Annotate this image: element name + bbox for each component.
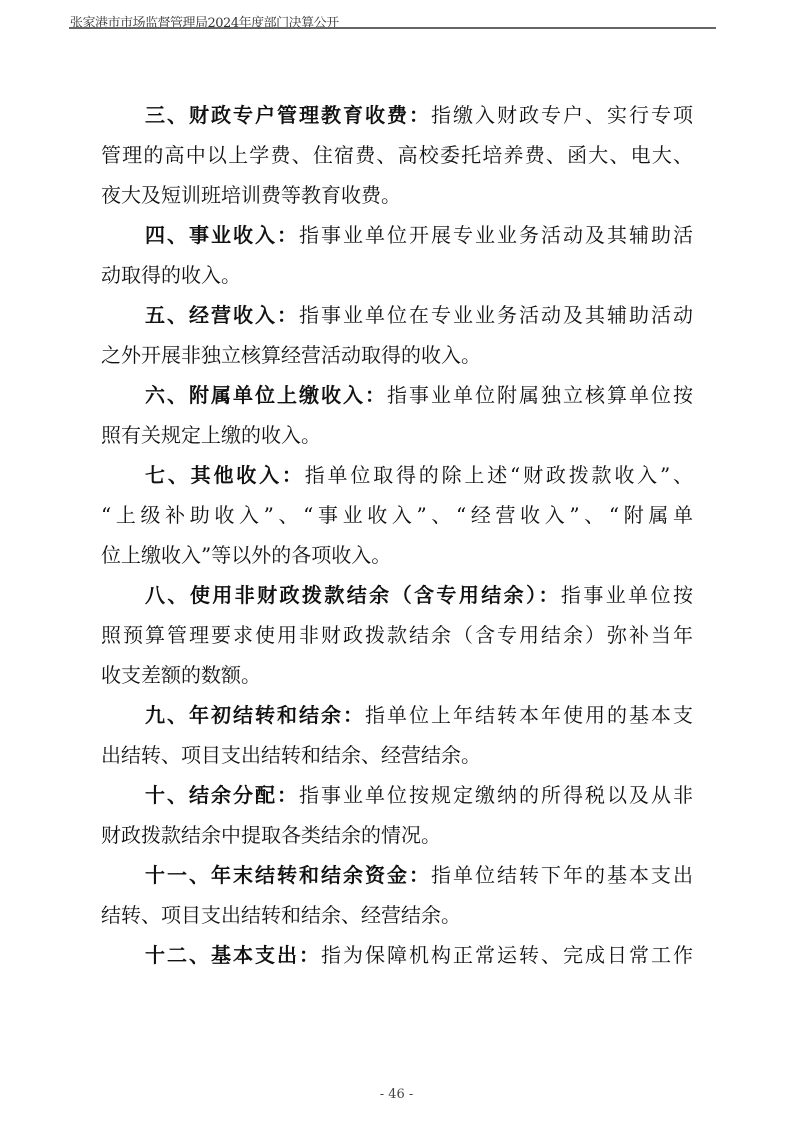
paragraph-10-line-2: 财政拨款结余中提取各类结余的情况。 (101, 821, 693, 861)
paragraph-9-line-1: 九、年初结转和结余：指单位上年结转本年使用的基本支 (101, 701, 693, 741)
paragraph-7-line-1: 七、其他收入：指单位取得的除上述“财政拨款收入”、 (101, 461, 693, 501)
paragraph-8-line-3: 收支差额的数额。 (101, 661, 693, 701)
paragraph-12-line-1: 十二、基本支出：指为保障机构正常运转、完成日常工作 (101, 941, 693, 981)
term-4: 四、事业收入： (145, 223, 299, 247)
paragraph-6-line-1: 六、附属单位上缴收入：指事业单位附属独立核算单位按 (101, 381, 693, 421)
paragraph-3-line-3: 夜大及短训班培训费等教育收费。 (101, 181, 693, 221)
term-12: 十二、基本支出： (145, 943, 321, 967)
page-number: - 46 - (0, 1087, 793, 1102)
paragraph-9-line-2: 出结转、项目支出结转和结余、经营结余。 (101, 741, 693, 781)
paragraph-4-line-1: 四、事业收入：指事业单位开展专业业务活动及其辅助活 (101, 221, 693, 261)
term-5: 五、经营收入： (145, 303, 299, 327)
header-divider (69, 27, 716, 29)
paragraph-6-line-2: 照有关规定上缴的收入。 (101, 421, 693, 461)
term-9: 九、年初结转和结余： (145, 703, 365, 727)
term-3: 三、财政专户管理教育收费： (145, 103, 431, 127)
paragraph-10-line-1: 十、结余分配：指事业单位按规定缴纳的所得税以及从非 (101, 781, 693, 821)
term-10: 十、结余分配： (145, 783, 299, 807)
paragraph-4-line-2: 动取得的收入。 (101, 261, 693, 301)
paragraph-5-line-1: 五、经营收入：指事业单位在专业业务活动及其辅助活动 (101, 301, 693, 341)
paragraph-3-line-1: 三、财政专户管理教育收费：指缴入财政专户、实行专项 (101, 101, 693, 141)
paragraph-7-line-3: 位上缴收入”等以外的各项收入。 (101, 541, 693, 581)
term-8: 八、使用非财政拨款结余（含专用结余）： (145, 583, 561, 607)
paragraph-3-line-2: 管理的高中以上学费、住宿费、高校委托培养费、函大、电大、 (101, 141, 693, 181)
paragraph-7-line-2: “上级补助收入”、“事业收入”、“经营收入”、“附属单 (101, 501, 693, 541)
term-6: 六、附属单位上缴收入： (145, 383, 387, 407)
paragraph-8-line-2: 照预算管理要求使用非财政拨款结余（含专用结余）弥补当年 (101, 621, 693, 661)
paragraph-11-line-1: 十一、年末结转和结余资金：指单位结转下年的基本支出 (101, 861, 693, 901)
paragraph-8-line-1: 八、使用非财政拨款结余（含专用结余）：指事业单位按 (101, 581, 693, 621)
paragraph-11-line-2: 结转、项目支出结转和结余、经营结余。 (101, 901, 693, 941)
term-11: 十一、年末结转和结余资金： (145, 863, 431, 887)
paragraph-5-line-2: 之外开展非独立核算经营活动取得的收入。 (101, 341, 693, 381)
document-body: 三、财政专户管理教育收费：指缴入财政专户、实行专项 管理的高中以上学费、住宿费、… (101, 101, 693, 981)
term-7: 七、其他收入： (145, 463, 305, 487)
